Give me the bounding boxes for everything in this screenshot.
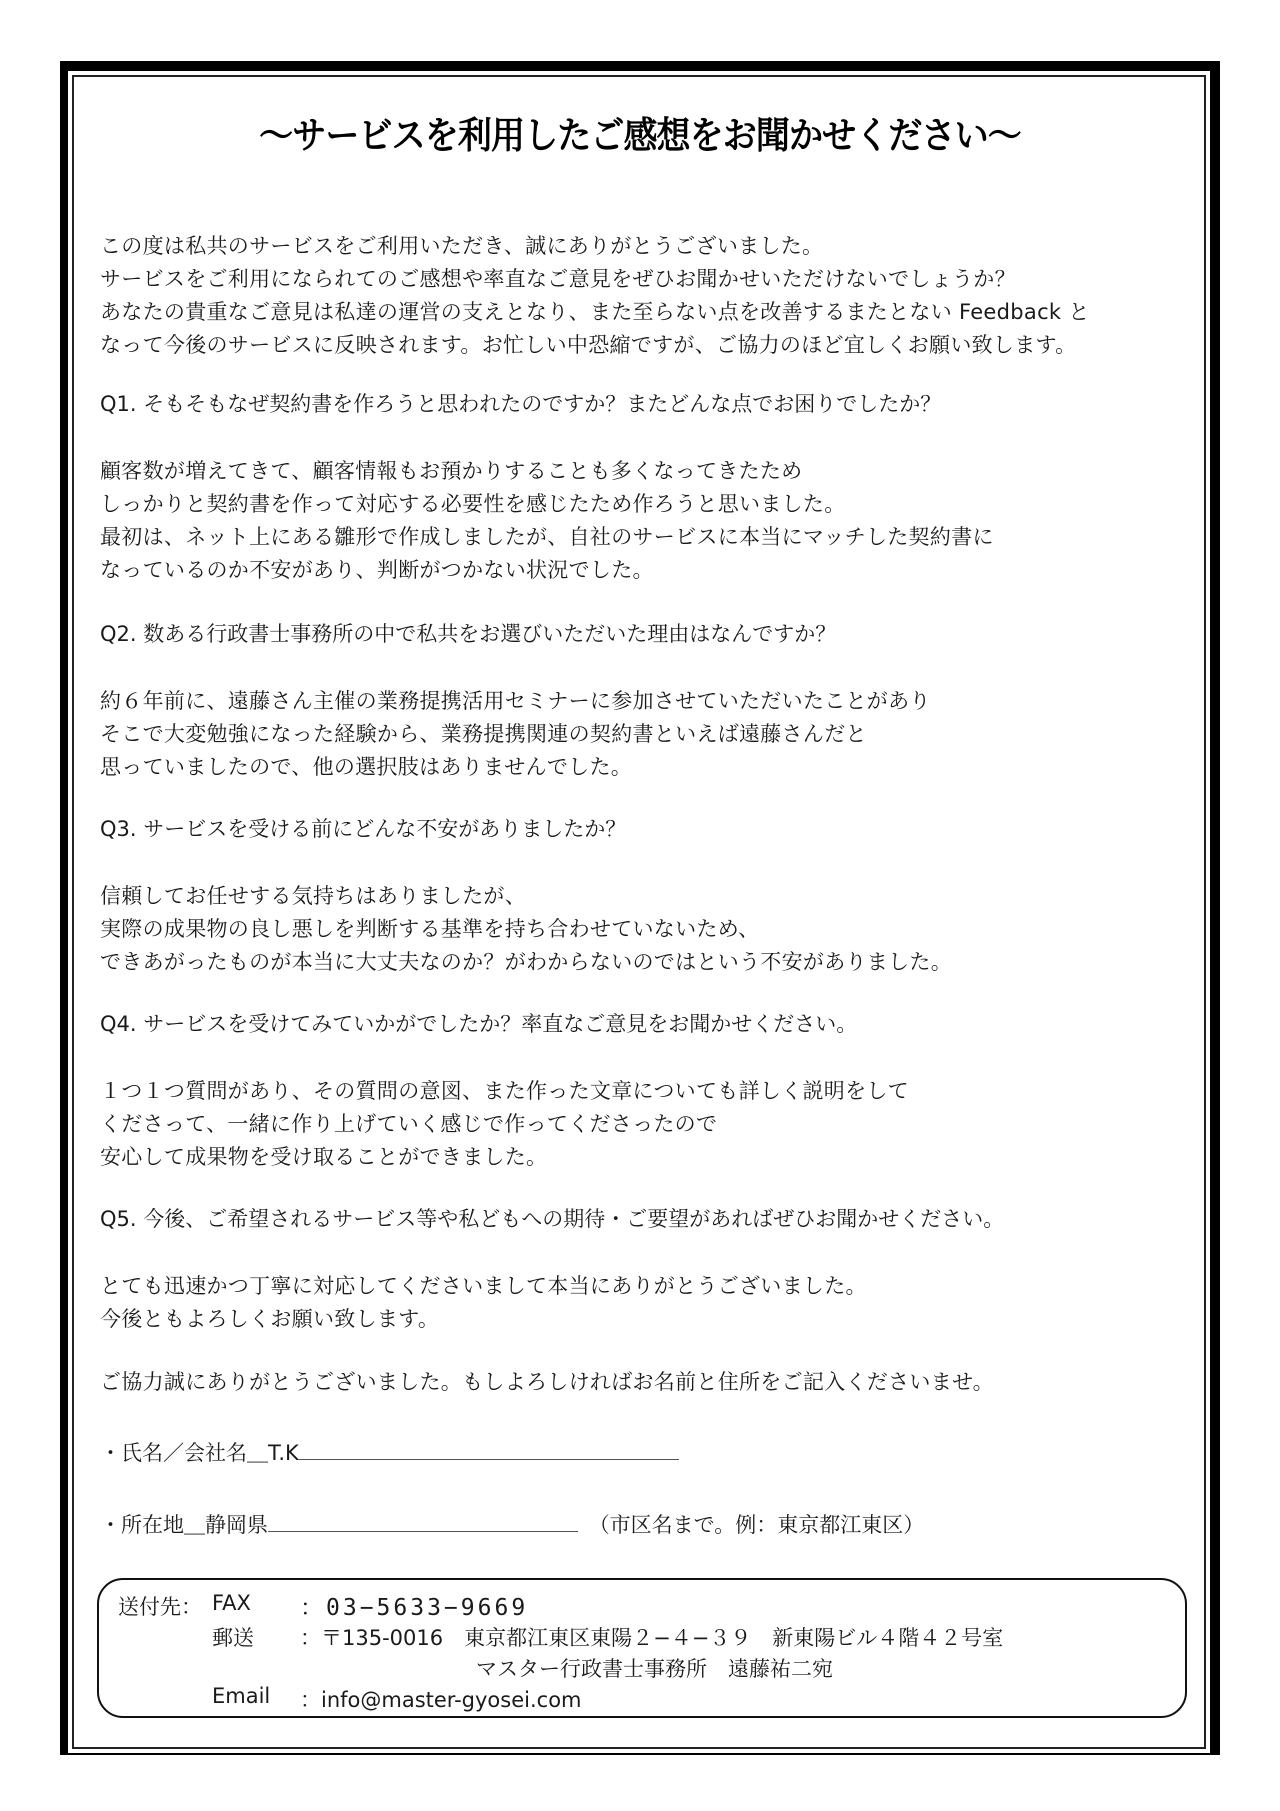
- email-address[interactable]: ：info@master-gyosei.com: [300, 1684, 582, 1714]
- answer-line: とても迅速かつ丁寧に対応してくださいまして本当にありがとうございました。: [100, 1270, 1200, 1303]
- answer-line: １つ１つ質問があり、その質問の意図、また作った文章についても詳しく説明をして: [100, 1075, 1200, 1108]
- intro-line: あなたの貴重なご意見は私達の運営の支えとなり、また至らない点を改善するまたとない…: [100, 296, 1200, 329]
- answer-line: くださって、一緒に作り上げていく感じで作ってくださったので: [100, 1108, 1200, 1141]
- answer-block-q3: 信頼してお任せする気持ちはありましたが、 実際の成果物の良し悪しを判断する基準を…: [100, 880, 1200, 979]
- closing-line: ご協力誠にありがとうございました。もしよろしければお名前と住所をご記入くださいま…: [100, 1366, 1200, 1399]
- name-field-value[interactable]: T.K: [268, 1441, 299, 1465]
- send-to-label: 送付先：: [118, 1591, 202, 1621]
- question-block-q5: Q5. 今後、ご希望されるサービス等や私どもへの期待・ご要望があればぜひお聞かせ…: [100, 1203, 1200, 1236]
- fax-label: FAX: [212, 1591, 251, 1615]
- answer-block-q4: １つ１つ質問があり、その質問の意図、また作った文章についても詳しく説明をして く…: [100, 1075, 1200, 1174]
- answer-line: そこで大変勉強になった経験から、業務提携関連の契約書といえば遠藤さんだと: [100, 718, 1200, 751]
- answer-block-q2: 約６年前に、遠藤さん主催の業務提携活用セミナーに参加させていただいたことがあり …: [100, 685, 1200, 784]
- answer-block-q1: 顧客数が増えてきて、顧客情報もお預かりすることも多くなってきたため しっかりと契…: [100, 455, 1200, 587]
- answer-line: 顧客数が増えてきて、顧客情報もお預かりすることも多くなってきたため: [100, 455, 1200, 488]
- question-block-q3: Q3. サービスを受ける前にどんな不安がありましたか？: [100, 813, 1200, 846]
- intro-line: この度は私共のサービスをご利用いただき、誠にありがとうございました。: [100, 230, 1200, 263]
- address-field-underline[interactable]: [268, 1513, 578, 1532]
- mail-address: ：〒135-0016 東京都江東区東陽２−４−３９ 新東陽ビル４階４２号室: [300, 1622, 1003, 1652]
- answer-line: しっかりと契約書を作って対応する必要性を感じたため作ろうと思いました。: [100, 488, 1200, 521]
- name-field-underline[interactable]: [299, 1441, 679, 1460]
- answer-line: 思っていましたので、他の選択肢はありませんでした。: [100, 751, 1200, 784]
- answer-line: 信頼してお任せする気持ちはありましたが、: [100, 880, 1200, 913]
- answer-block-q5: とても迅速かつ丁寧に対応してくださいまして本当にありがとうございました。 今後と…: [100, 1270, 1200, 1336]
- fax-number[interactable]: ：03−5633−9669: [300, 1589, 528, 1622]
- question-text: Q4. サービスを受けてみていかがでしたか？率直なご意見をお聞かせください。: [100, 1008, 1200, 1041]
- name-field-row: ・氏名／会社名＿T.K: [100, 1437, 679, 1467]
- mail-recipient: マスター行政書士事務所 遠藤祐二宛: [476, 1653, 833, 1683]
- intro-line: サービスをご利用になられてのご感想や率直なご意見をぜひお聞かせいただけないでしょ…: [100, 263, 1200, 296]
- answer-line: なっているのか不安があり、判断がつかない状況でした。: [100, 554, 1200, 587]
- page-title: ～サービスを利用したご感想をお聞かせください～: [51, 105, 1229, 159]
- address-field-row: ・所在地＿静岡県 （市区名まで。例：東京都江東区）: [100, 1509, 924, 1539]
- email-label: Email: [212, 1684, 270, 1708]
- answer-line: できあがったものが本当に大丈夫なのか？がわからないのではという不安がありました。: [100, 946, 1200, 979]
- answer-line: 安心して成果物を受け取ることができました。: [100, 1141, 1200, 1174]
- question-text: Q5. 今後、ご希望されるサービス等や私どもへの期待・ご要望があればぜひお聞かせ…: [100, 1203, 1200, 1236]
- intro-line: なって今後のサービスに反映されます。お忙しい中恐縮ですが、ご協力のほど宜しくお願…: [100, 329, 1200, 362]
- name-field-label: ・氏名／会社名＿: [100, 1441, 268, 1465]
- mail-label: 郵送: [212, 1622, 254, 1652]
- question-text: Q2. 数ある行政書士事務所の中で私共をお選びいただいた理由はなんですか？: [100, 618, 1200, 651]
- question-text: Q1. そもそもなぜ契約書を作ろうと思われたのですか？またどんな点でお困りでした…: [100, 388, 1200, 421]
- answer-line: 実際の成果物の良し悪しを判断する基準を持ち合わせていないため、: [100, 913, 1200, 946]
- question-text: Q3. サービスを受ける前にどんな不安がありましたか？: [100, 813, 1200, 846]
- closing-text: ご協力誠にありがとうございました。もしよろしければお名前と住所をご記入くださいま…: [100, 1366, 1200, 1399]
- address-field-hint: （市区名まで。例：東京都江東区）: [589, 1513, 925, 1537]
- intro-paragraph: この度は私共のサービスをご利用いただき、誠にありがとうございました。 サービスを…: [100, 230, 1200, 362]
- question-block-q2: Q2. 数ある行政書士事務所の中で私共をお選びいただいた理由はなんですか？: [100, 618, 1200, 651]
- answer-line: 最初は、ネット上にある雛形で作成しましたが、自社のサービスに本当にマッチした契約…: [100, 521, 1200, 554]
- answer-line: 今後ともよろしくお願い致します。: [100, 1303, 1200, 1336]
- question-block-q4: Q4. サービスを受けてみていかがでしたか？率直なご意見をお聞かせください。: [100, 1008, 1200, 1041]
- answer-line: 約６年前に、遠藤さん主催の業務提携活用セミナーに参加させていただいたことがあり: [100, 685, 1200, 718]
- address-field-label: ・所在地＿: [100, 1513, 205, 1537]
- question-block-q1: Q1. そもそもなぜ契約書を作ろうと思われたのですか？またどんな点でお困りでした…: [100, 388, 1200, 421]
- address-field-value[interactable]: 静岡県: [205, 1513, 268, 1537]
